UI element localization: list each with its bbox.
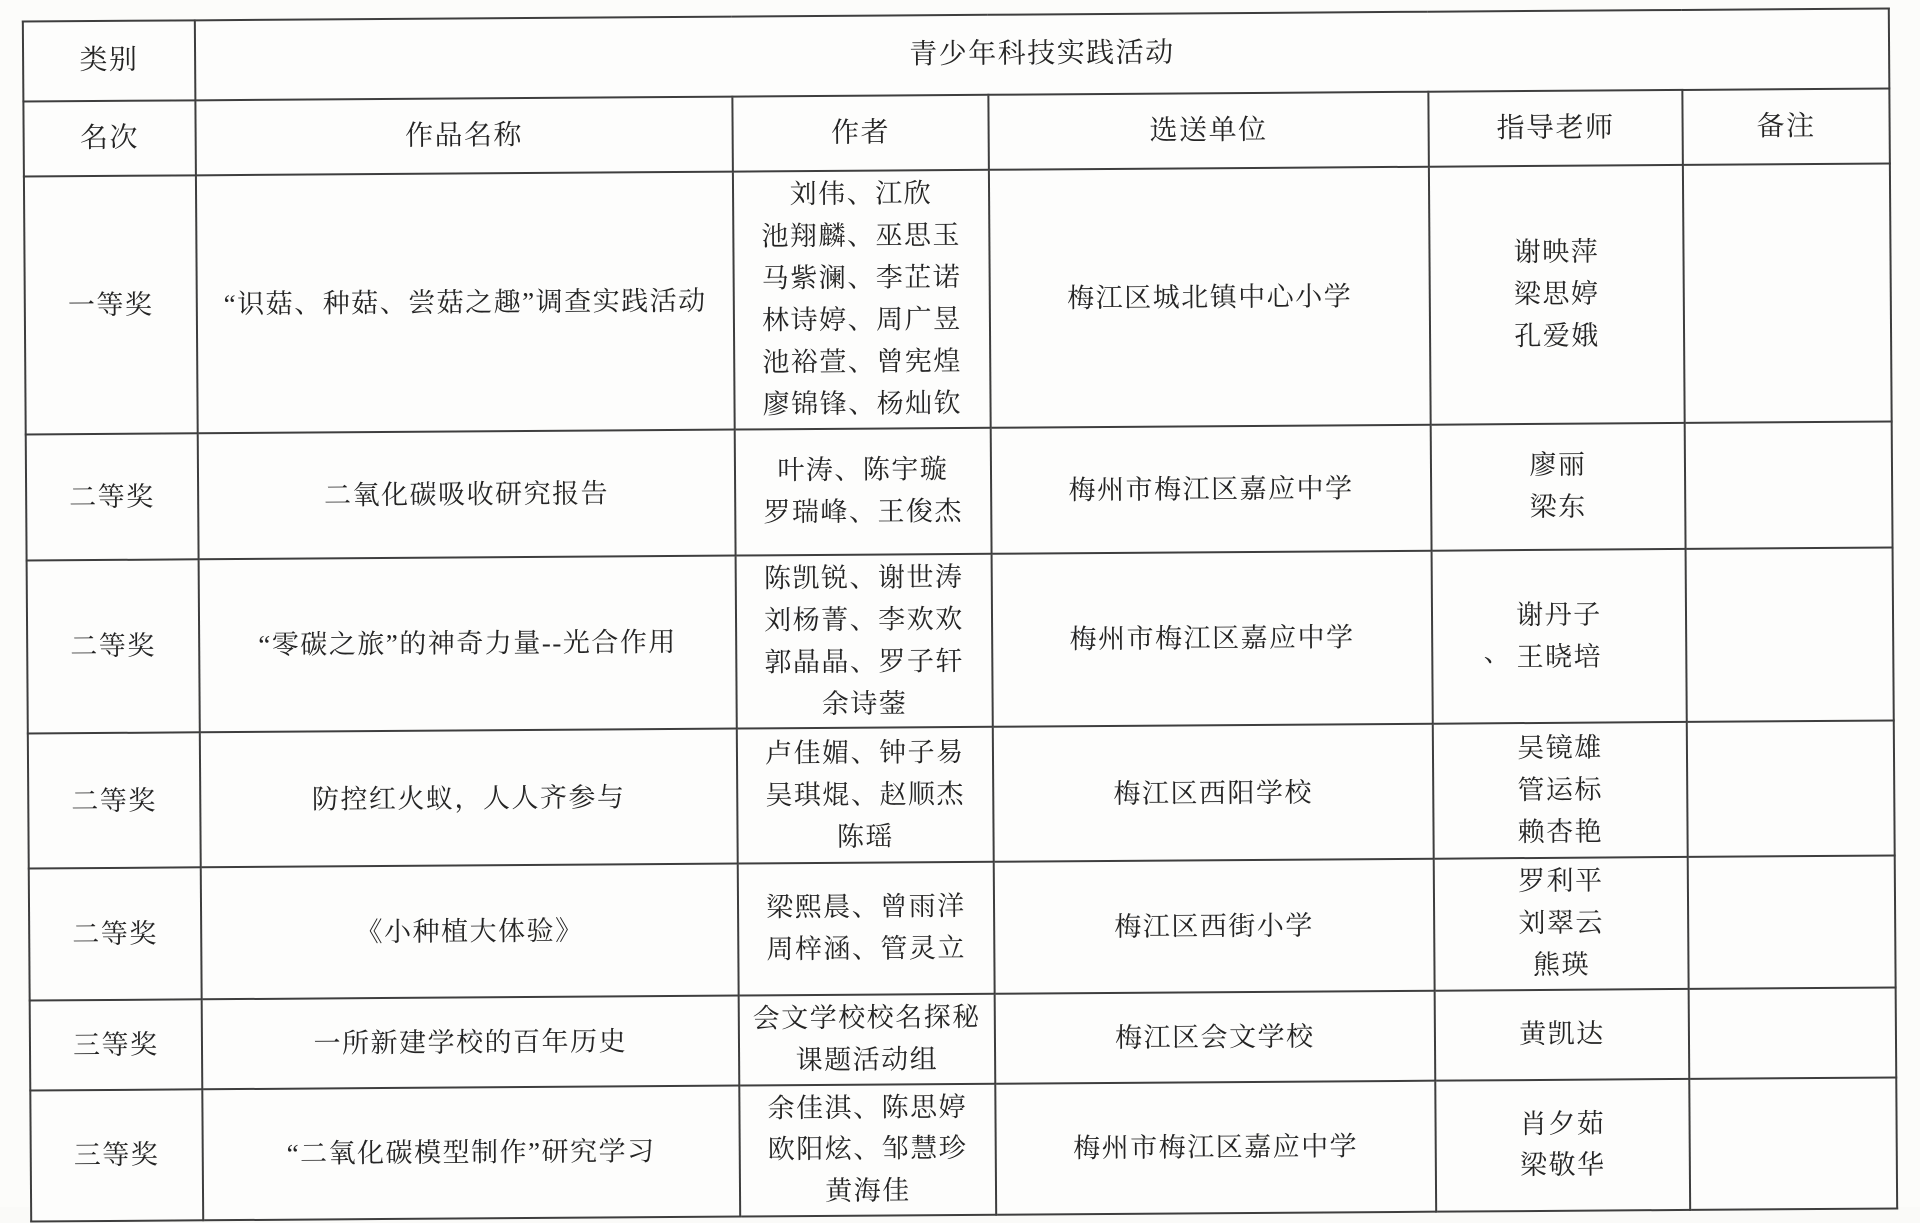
- table-row: 一等奖 “识菇、种菇、尝菇之趣”调查实践活动 刘伟、江欣 池翔麟、巫思玉 马紫澜…: [24, 163, 1892, 434]
- work-title-cell: 二氧化碳吸收研究报告: [197, 430, 735, 560]
- unit-cell: 梅州市梅江区嘉应中学: [991, 551, 1433, 727]
- scanned-document-page: 类别 青少年科技实践活动 名次 作品名称 作者 选送单位 指导老师 备注 一等奖…: [0, 0, 1920, 1207]
- teacher-line: 王晓培: [1441, 636, 1677, 679]
- unit-label: 梅州市梅江区嘉应中学: [1073, 1131, 1358, 1163]
- author-line: 黄海佳: [749, 1170, 987, 1207]
- teachers-cell: 肖夕茹 梁敬华: [1435, 1079, 1690, 1207]
- work-title-cell: 一所新建学校的百年历史: [201, 995, 739, 1088]
- remark-cell: [1688, 856, 1896, 989]
- award-label: 一等奖: [68, 289, 154, 320]
- award-label: 二等奖: [69, 481, 155, 512]
- col-header-rank: 名次: [23, 100, 195, 176]
- table-header-category-row: 类别 青少年科技实践活动: [23, 9, 1890, 102]
- author-line: 叶涛、陈宇璇: [744, 449, 982, 493]
- col-header-work-label: 作品名称: [405, 120, 523, 152]
- author-line: 陈凯锐、谢世涛: [745, 557, 983, 601]
- award-label: 二等奖: [72, 918, 158, 949]
- award-label: 二等奖: [70, 631, 156, 662]
- col-header-unit-label: 选送单位: [1149, 114, 1267, 146]
- authors-cell: 会文学校校名探秘 课题活动组: [739, 994, 995, 1085]
- author-line: 陈瑶: [746, 816, 984, 860]
- award-cell: 一等奖: [24, 175, 197, 434]
- work-title-cell: “零碳之旅”的神奇力量--光合作用: [198, 556, 737, 733]
- remark-cell: [1683, 163, 1892, 422]
- teacher-line: 罗利平: [1443, 860, 1679, 903]
- teacher-line: 刘翠云: [1443, 902, 1679, 945]
- teacher-line: 梁敬华: [1445, 1144, 1681, 1187]
- remark-cell: [1685, 547, 1893, 722]
- teacher-line: 吴镜雄: [1442, 727, 1678, 770]
- author-line: 卢佳媚、钟子易: [746, 732, 984, 776]
- activity-title-cell: 青少年科技实践活动: [195, 9, 1890, 101]
- award-label: 二等奖: [71, 785, 157, 816]
- author-line: 池裕萱、曾宪煌: [743, 341, 981, 385]
- authors-cell: 叶涛、陈宇璇 罗瑞峰、王俊杰: [735, 428, 992, 556]
- author-line: 池翔麟、巫思玉: [742, 215, 980, 259]
- col-header-authors-label: 作者: [831, 117, 890, 148]
- work-title: 一所新建学校的百年历史: [313, 1026, 627, 1058]
- teacher-line: 谢映萍: [1438, 231, 1674, 274]
- unit-cell: 梅江区会文学校: [994, 991, 1435, 1084]
- work-title: “零碳之旅”的神奇力量--光合作用: [258, 627, 677, 660]
- award-cell: 二等奖: [28, 733, 201, 869]
- unit-label: 梅州市梅江区嘉应中学: [1069, 623, 1354, 655]
- award-cell: 二等奖: [29, 868, 202, 1001]
- work-title: 防控红火蚁，人人齐参与: [312, 782, 626, 814]
- work-title: “二氧化碳模型制作”研究学习: [287, 1136, 656, 1169]
- author-line: 吴琪焜、赵顺杰: [746, 774, 984, 818]
- teachers-cell: 黄凯达: [1435, 989, 1689, 1080]
- authors-cell: 余佳淇、陈思婷 欧阳炫、邹慧珍 黄海佳: [739, 1083, 996, 1207]
- author-line: 课题活动组: [748, 1039, 986, 1083]
- table-row: 二等奖 二氧化碳吸收研究报告 叶涛、陈宇璇 罗瑞峰、王俊杰 梅州市梅江区嘉应中学…: [26, 421, 1893, 560]
- award-label: 三等奖: [73, 1029, 159, 1060]
- remark-cell: [1688, 987, 1896, 1078]
- unit-label: 梅江区会文学校: [1115, 1021, 1315, 1052]
- author-line: 余诗蓥: [746, 682, 984, 726]
- work-title-cell: “二氧化碳模型制作”研究学习: [202, 1085, 740, 1207]
- teacher-line: 熊瑛: [1443, 944, 1679, 987]
- teachers-cell: 、 谢丹子 王晓培: [1432, 549, 1687, 724]
- author-line: 刘杨菁、李欢欢: [745, 599, 983, 643]
- unit-cell: 梅江区西阳学校: [993, 724, 1434, 862]
- work-title-cell: 《小种植大体验》: [200, 864, 738, 999]
- award-cell: 二等奖: [26, 433, 199, 560]
- col-header-teacher: 指导老师: [1428, 90, 1682, 167]
- author-line: 马紫澜、李芷诺: [743, 257, 981, 301]
- award-label: 三等奖: [74, 1140, 160, 1171]
- author-line: 周梓涵、管灵立: [747, 928, 985, 972]
- author-line: 罗瑞峰、王俊杰: [744, 491, 982, 535]
- table-row: 二等奖 “零碳之旅”的神奇力量--光合作用 陈凯锐、谢世涛 刘杨菁、李欢欢 郭晶…: [27, 547, 1894, 733]
- authors-cell: 卢佳媚、钟子易 吴琪焜、赵顺杰 陈瑶: [737, 727, 994, 864]
- teachers-cell: 罗利平 刘翠云 熊瑛: [1434, 857, 1689, 990]
- work-title-cell: “识菇、种菇、尝菇之趣”调查实践活动: [196, 172, 735, 434]
- col-header-authors: 作者: [732, 95, 988, 172]
- category-label: 类别: [79, 45, 138, 76]
- author-line: 郭晶晶、罗子轩: [745, 641, 983, 685]
- col-header-work: 作品名称: [195, 97, 733, 176]
- unit-label: 梅江区西阳学校: [1113, 777, 1313, 808]
- author-line: 梁熙晨、曾雨洋: [747, 886, 985, 930]
- teacher-line: 赖杏艳: [1442, 811, 1678, 854]
- activity-title: 青少年科技实践活动: [909, 37, 1175, 70]
- teacher-line: 肖夕茹: [1445, 1102, 1681, 1145]
- work-title: 二氧化碳吸收研究报告: [324, 478, 609, 510]
- authors-cell: 刘伟、江欣 池翔麟、巫思玉 马紫澜、李芷诺 林诗婷、周广昱 池裕萱、曾宪煌 廖锦…: [733, 170, 990, 430]
- table-row: 二等奖 《小种植大体验》 梁熙晨、曾雨洋 周梓涵、管灵立 梅江区西街小学 罗利平…: [29, 856, 1896, 1001]
- table-row: 三等奖 一所新建学校的百年历史 会文学校校名探秘 课题活动组 梅江区会文学校 黄…: [30, 987, 1897, 1090]
- teachers-cell: 吴镜雄 管运标 赖杏艳: [1433, 722, 1688, 859]
- remark-cell: [1689, 1077, 1897, 1207]
- col-header-remark-label: 备注: [1756, 111, 1815, 142]
- authors-cell: 陈凯锐、谢世涛 刘杨菁、李欢欢 郭晶晶、罗子轩 余诗蓥: [736, 554, 993, 729]
- stray-comma-mark: 、: [1484, 640, 1512, 666]
- category-label-cell: 类别: [23, 20, 195, 101]
- award-table: 类别 青少年科技实践活动 名次 作品名称 作者 选送单位 指导老师 备注 一等奖…: [22, 7, 1898, 1207]
- author-line: 会文学校校名探秘: [748, 997, 986, 1041]
- teacher-line: 管运标: [1442, 769, 1678, 812]
- author-line: 余佳淇、陈思婷: [748, 1086, 986, 1130]
- col-header-unit: 选送单位: [988, 92, 1429, 170]
- unit-cell: 梅江区城北镇中心小学: [989, 167, 1431, 428]
- author-line: 刘伟、江欣: [742, 173, 980, 217]
- award-cell: 三等奖: [30, 999, 202, 1090]
- author-line: 欧阳炫、邹慧珍: [749, 1128, 987, 1172]
- work-title-cell: 防控红火蚁，人人齐参与: [199, 729, 737, 868]
- table-row: 三等奖 “二氧化碳模型制作”研究学习 余佳淇、陈思婷 欧阳炫、邹慧珍 黄海佳 梅…: [30, 1077, 1897, 1207]
- col-header-rank-label: 名次: [80, 122, 139, 153]
- teacher-line: 梁思婷: [1439, 273, 1675, 316]
- unit-label: 梅江区西街小学: [1114, 910, 1314, 941]
- award-cell: 二等奖: [27, 559, 200, 734]
- unit-cell: 梅州市梅江区嘉应中学: [995, 1080, 1436, 1207]
- remark-cell: [1685, 421, 1893, 548]
- unit-cell: 梅州市梅江区嘉应中学: [990, 425, 1431, 554]
- author-line: 林诗婷、周广昱: [743, 299, 981, 343]
- remark-cell: [1687, 721, 1895, 857]
- teacher-line: 梁东: [1440, 486, 1676, 529]
- teachers-cell: 谢映萍 梁思婷 孔爱娥: [1429, 165, 1685, 425]
- unit-label: 梅江区城北镇中心小学: [1067, 281, 1352, 313]
- teacher-line: 谢丹子: [1441, 594, 1677, 637]
- col-header-remark: 备注: [1682, 88, 1890, 164]
- work-title: 《小种植大体验》: [355, 916, 583, 948]
- teacher-line: 黄凯达: [1444, 1013, 1680, 1056]
- award-cell: 三等奖: [30, 1089, 203, 1207]
- author-line: 廖锦锋、杨灿钦: [743, 383, 981, 427]
- table-row: 二等奖 防控红火蚁，人人齐参与 卢佳媚、钟子易 吴琪焜、赵顺杰 陈瑶 梅江区西阳…: [28, 721, 1895, 869]
- teacher-line: 廖丽: [1440, 444, 1676, 487]
- scan-area: 类别 青少年科技实践活动 名次 作品名称 作者 选送单位 指导老师 备注 一等奖…: [22, 7, 1898, 1207]
- unit-cell: 梅江区西街小学: [993, 859, 1434, 994]
- authors-cell: 梁熙晨、曾雨洋 周梓涵、管灵立: [738, 862, 995, 995]
- work-title: “识菇、种菇、尝菇之趣”调查实践活动: [224, 286, 707, 319]
- table-header-columns-row: 名次 作品名称 作者 选送单位 指导老师 备注: [23, 88, 1889, 176]
- teacher-line: 孔爱娥: [1439, 315, 1675, 358]
- unit-label: 梅州市梅江区嘉应中学: [1068, 473, 1353, 505]
- col-header-teacher-label: 指导老师: [1496, 112, 1614, 144]
- teachers-cell: 廖丽 梁东: [1431, 423, 1686, 551]
